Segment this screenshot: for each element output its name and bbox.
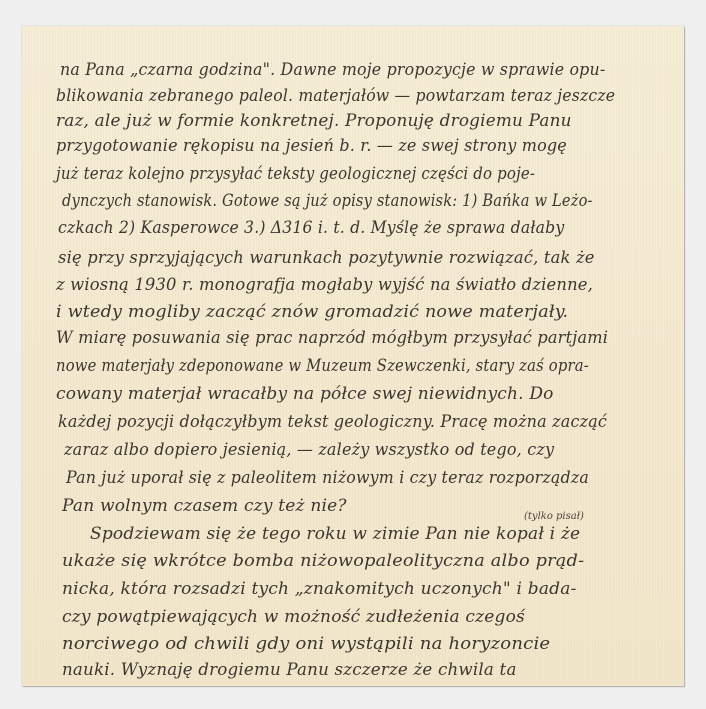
text-line: W miarę posuwania się prac naprzód mógłb… — [56, 328, 608, 348]
text-line: raz, ale już w formie konkretnej. Propon… — [56, 111, 572, 131]
text-line: ukaże się wkrótce bomba niżowopaleolityc… — [62, 551, 584, 571]
text-line: przygotowanie rękopisu na jesień b. r. —… — [56, 136, 567, 156]
text-line: już teraz kolejno przysyłać teksty geolo… — [56, 164, 535, 184]
text-line: czkach 2) Kasperowce 3.) Δ316 i. t. d. M… — [58, 218, 564, 238]
text-line: zaraz albo dopiero jesienią, — zależy ws… — [64, 440, 554, 460]
text-line: cowany materjał wracałby na półce swej n… — [56, 384, 554, 404]
text-line: Pan już uporał się z paleolitem niżowym … — [66, 468, 589, 488]
text-line: Spodziewam się że tego roku w zimie Pan … — [90, 524, 580, 544]
text-line: na Pana „czarna godzina". Dawne moje pro… — [60, 60, 605, 80]
text-line: każdej pozycji dołączyłbym tekst geologi… — [58, 412, 607, 432]
text-line: czy powątpiewających w możność zudłeżeni… — [62, 607, 525, 627]
text-line: nicka, która rozsadzi tych „znakomitych … — [62, 579, 577, 599]
marginal-annotation: tylko pisał — [524, 511, 584, 522]
text-line: i wtedy mogliby zacząć znów gromadzić no… — [56, 302, 568, 322]
text-line: się przy sprzyjających warunkach pozytyw… — [58, 248, 595, 268]
text-line: Pan wolnym czasem czy też nie? — [62, 496, 347, 516]
scanned-document: na Pana „czarna godzina". Dawne moje pro… — [0, 0, 706, 709]
text-line: z wiosną 1930 r. monografja mogłaby wyjś… — [56, 275, 593, 295]
text-line: dynczych stanowisk. Gotowe są już opisy … — [62, 191, 593, 211]
text-line: nauki. Wyznaję drogiemu Panu szczerze że… — [62, 660, 517, 680]
text-line: norciwego od chwili gdy oni wystąpili na… — [62, 634, 550, 654]
letter-page: na Pana „czarna godzina". Dawne moje pro… — [22, 26, 684, 686]
text-line: nowe materjały zdeponowane w Muzeum Szew… — [56, 356, 589, 376]
text-line: blikowania zebranego paleol. materjałów … — [56, 86, 615, 106]
